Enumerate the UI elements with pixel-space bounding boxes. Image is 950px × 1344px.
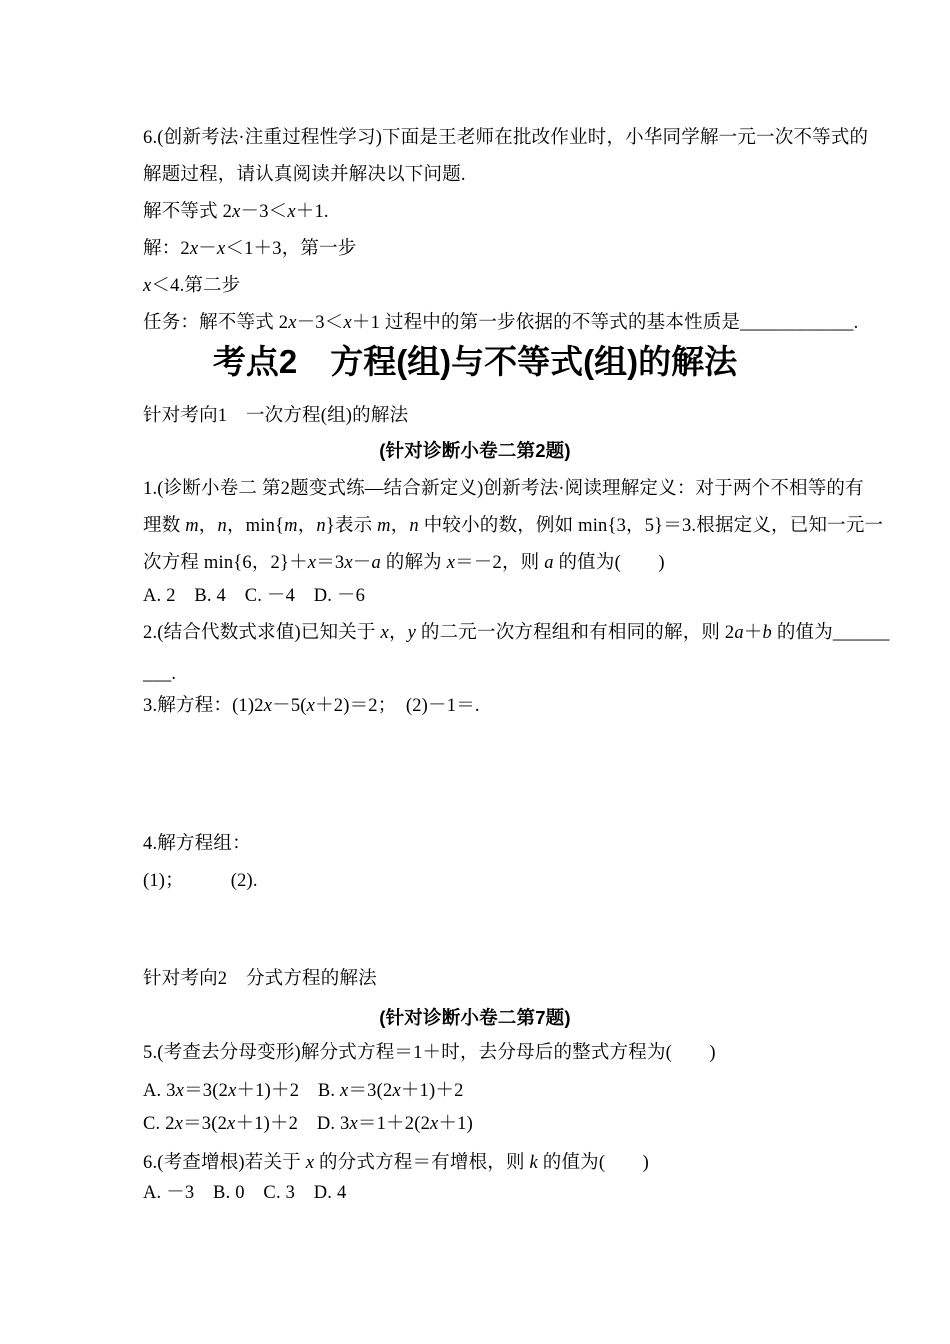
- worksheet-page: 6.(创新考法·注重过程性学习)下面是王老师在批改作业时，小华同学解一元一次不等…: [0, 0, 950, 1344]
- question-2-line-2: ___.: [143, 662, 833, 686]
- question-6-prev-line-2: 解题过程，请认真阅读并解决以下问题.: [143, 163, 833, 187]
- question-5: 5.(考查去分母变形)解分式方程＝1＋时，去分母后的整式方程为( ): [143, 1041, 833, 1065]
- solution-step-1: 解：2x－x＜1＋3，第一步: [143, 237, 833, 261]
- question-2-line-1: 2.(结合代数式求值)已知关于 x，y 的二元一次方程组和有相同的解，则 2a＋…: [143, 621, 833, 645]
- question-1-options: A. 2 B. 4 C. －4 D. －6: [143, 584, 833, 608]
- question-4-label: 4.解方程组：: [143, 832, 833, 856]
- direction-2-label: 针对考向2 分式方程的解法: [143, 967, 833, 991]
- inequality-problem: 解不等式 2x－3＜x＋1.: [143, 200, 833, 224]
- question-6-options: A. －3 B. 0 C. 3 D. 4: [143, 1181, 833, 1205]
- question-1-line-1: 1.(诊断小卷二 第2题变式练—结合新定义)创新考法·阅读理解定义：对于两个不相…: [143, 477, 833, 501]
- question-5-options-ab: A. 3x＝3(2x＋1)＋2 B. x＝3(2x＋1)＋2: [143, 1079, 833, 1103]
- section-heading: 考点2 方程(组)与不等式(组)的解法: [0, 342, 950, 382]
- question-5-options-cd: C. 2x＝3(2x＋1)＋2 D. 3x＝1＋2(2x＋1): [143, 1112, 833, 1136]
- task-line: 任务：解不等式 2x－3＜x＋1 过程中的第一步依据的不等式的基本性质是____…: [143, 311, 833, 335]
- question-6: 6.(考查增根)若关于 x 的分式方程＝有增根，则 k 的值为( ): [143, 1151, 833, 1175]
- question-1-line-2: 理数 m，n，min{m，n}表示 m，n 中较小的数，例如 min{3，5}＝…: [143, 514, 833, 538]
- source-note-2: (针对诊断小卷二第7题): [0, 1006, 950, 1030]
- question-4-items: (1)； (2).: [143, 869, 833, 893]
- direction-1-label: 针对考向1 一次方程(组)的解法: [143, 404, 833, 428]
- source-note-1: (针对诊断小卷二第2题): [0, 439, 950, 463]
- solution-step-2: x＜4.第二步: [143, 274, 833, 298]
- question-3: 3.解方程：(1)2x－5(x＋2)＝2； (2)－1＝.: [143, 694, 833, 718]
- question-6-prev-line-1: 6.(创新考法·注重过程性学习)下面是王老师在批改作业时，小华同学解一元一次不等…: [143, 126, 833, 150]
- question-1-line-3: 次方程 min{6，2}＋x＝3x－a 的解为 x＝－2，则 a 的值为( ): [143, 551, 833, 575]
